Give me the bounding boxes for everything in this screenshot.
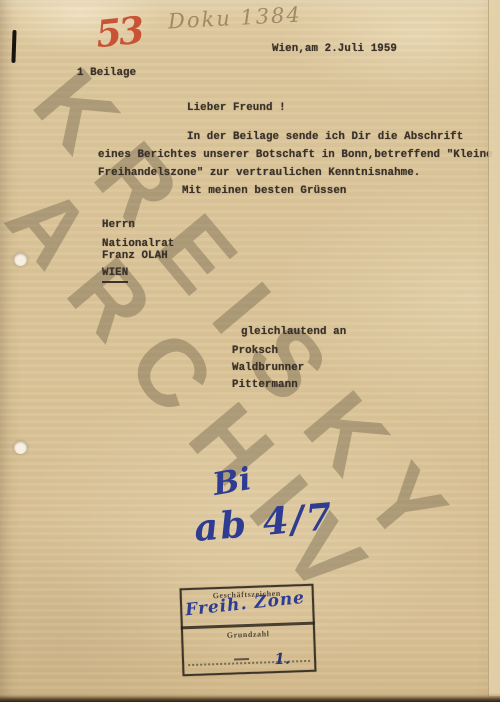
page-bottom-shadow — [0, 693, 500, 702]
punch-hole-bottom — [14, 441, 27, 454]
stamp-handwritten-number: 1. — [274, 652, 290, 668]
copies-heading: gleichlautend an — [241, 325, 346, 339]
closing-line: Mit meinen besten Grüssen — [182, 184, 346, 198]
recipient-line: Herrn — [102, 218, 135, 232]
registry-stamp-box: Geschäftszeichen Freih. Zone Grundzahl 1… — [180, 584, 317, 677]
enclosure-note: 1 Beilage — [77, 66, 136, 80]
margin-ink-stroke — [11, 30, 16, 63]
recipient-name: Franz OLAH — [102, 249, 168, 263]
pencil-note: Doku 1384 — [168, 5, 303, 33]
dateline: Wien,am 2.Juli 1959 — [272, 42, 397, 56]
body-line: Freihandelszone" zur vertraulichen Kennt… — [98, 166, 420, 180]
salutation: Lieber Freund ! — [187, 101, 286, 115]
scanned-letter-page: KREISKY ARCHIV 53 Doku 1384 Wien,am 2.Ju… — [0, 0, 500, 702]
copy-recipient: Pittermann — [232, 378, 298, 392]
stamp-dash-mark — [234, 658, 249, 661]
body-line: eines Berichtes unserer Botschaft in Bon… — [98, 148, 493, 162]
copy-recipient: Proksch — [232, 344, 278, 358]
stamp-field-label: Grundzahl — [183, 628, 313, 643]
copy-recipient: Waldbrunner — [232, 361, 304, 375]
stamp-dotted-line — [188, 660, 310, 666]
punch-hole-top — [14, 253, 27, 266]
handwritten-initial: Bi — [210, 461, 254, 503]
page-edge-strip — [488, 0, 500, 696]
body-line: In der Beilage sende ich Dir die Abschri… — [187, 130, 463, 144]
recipient-city-underlined: WIEN — [102, 266, 128, 283]
red-archive-number: 53 — [94, 12, 143, 54]
